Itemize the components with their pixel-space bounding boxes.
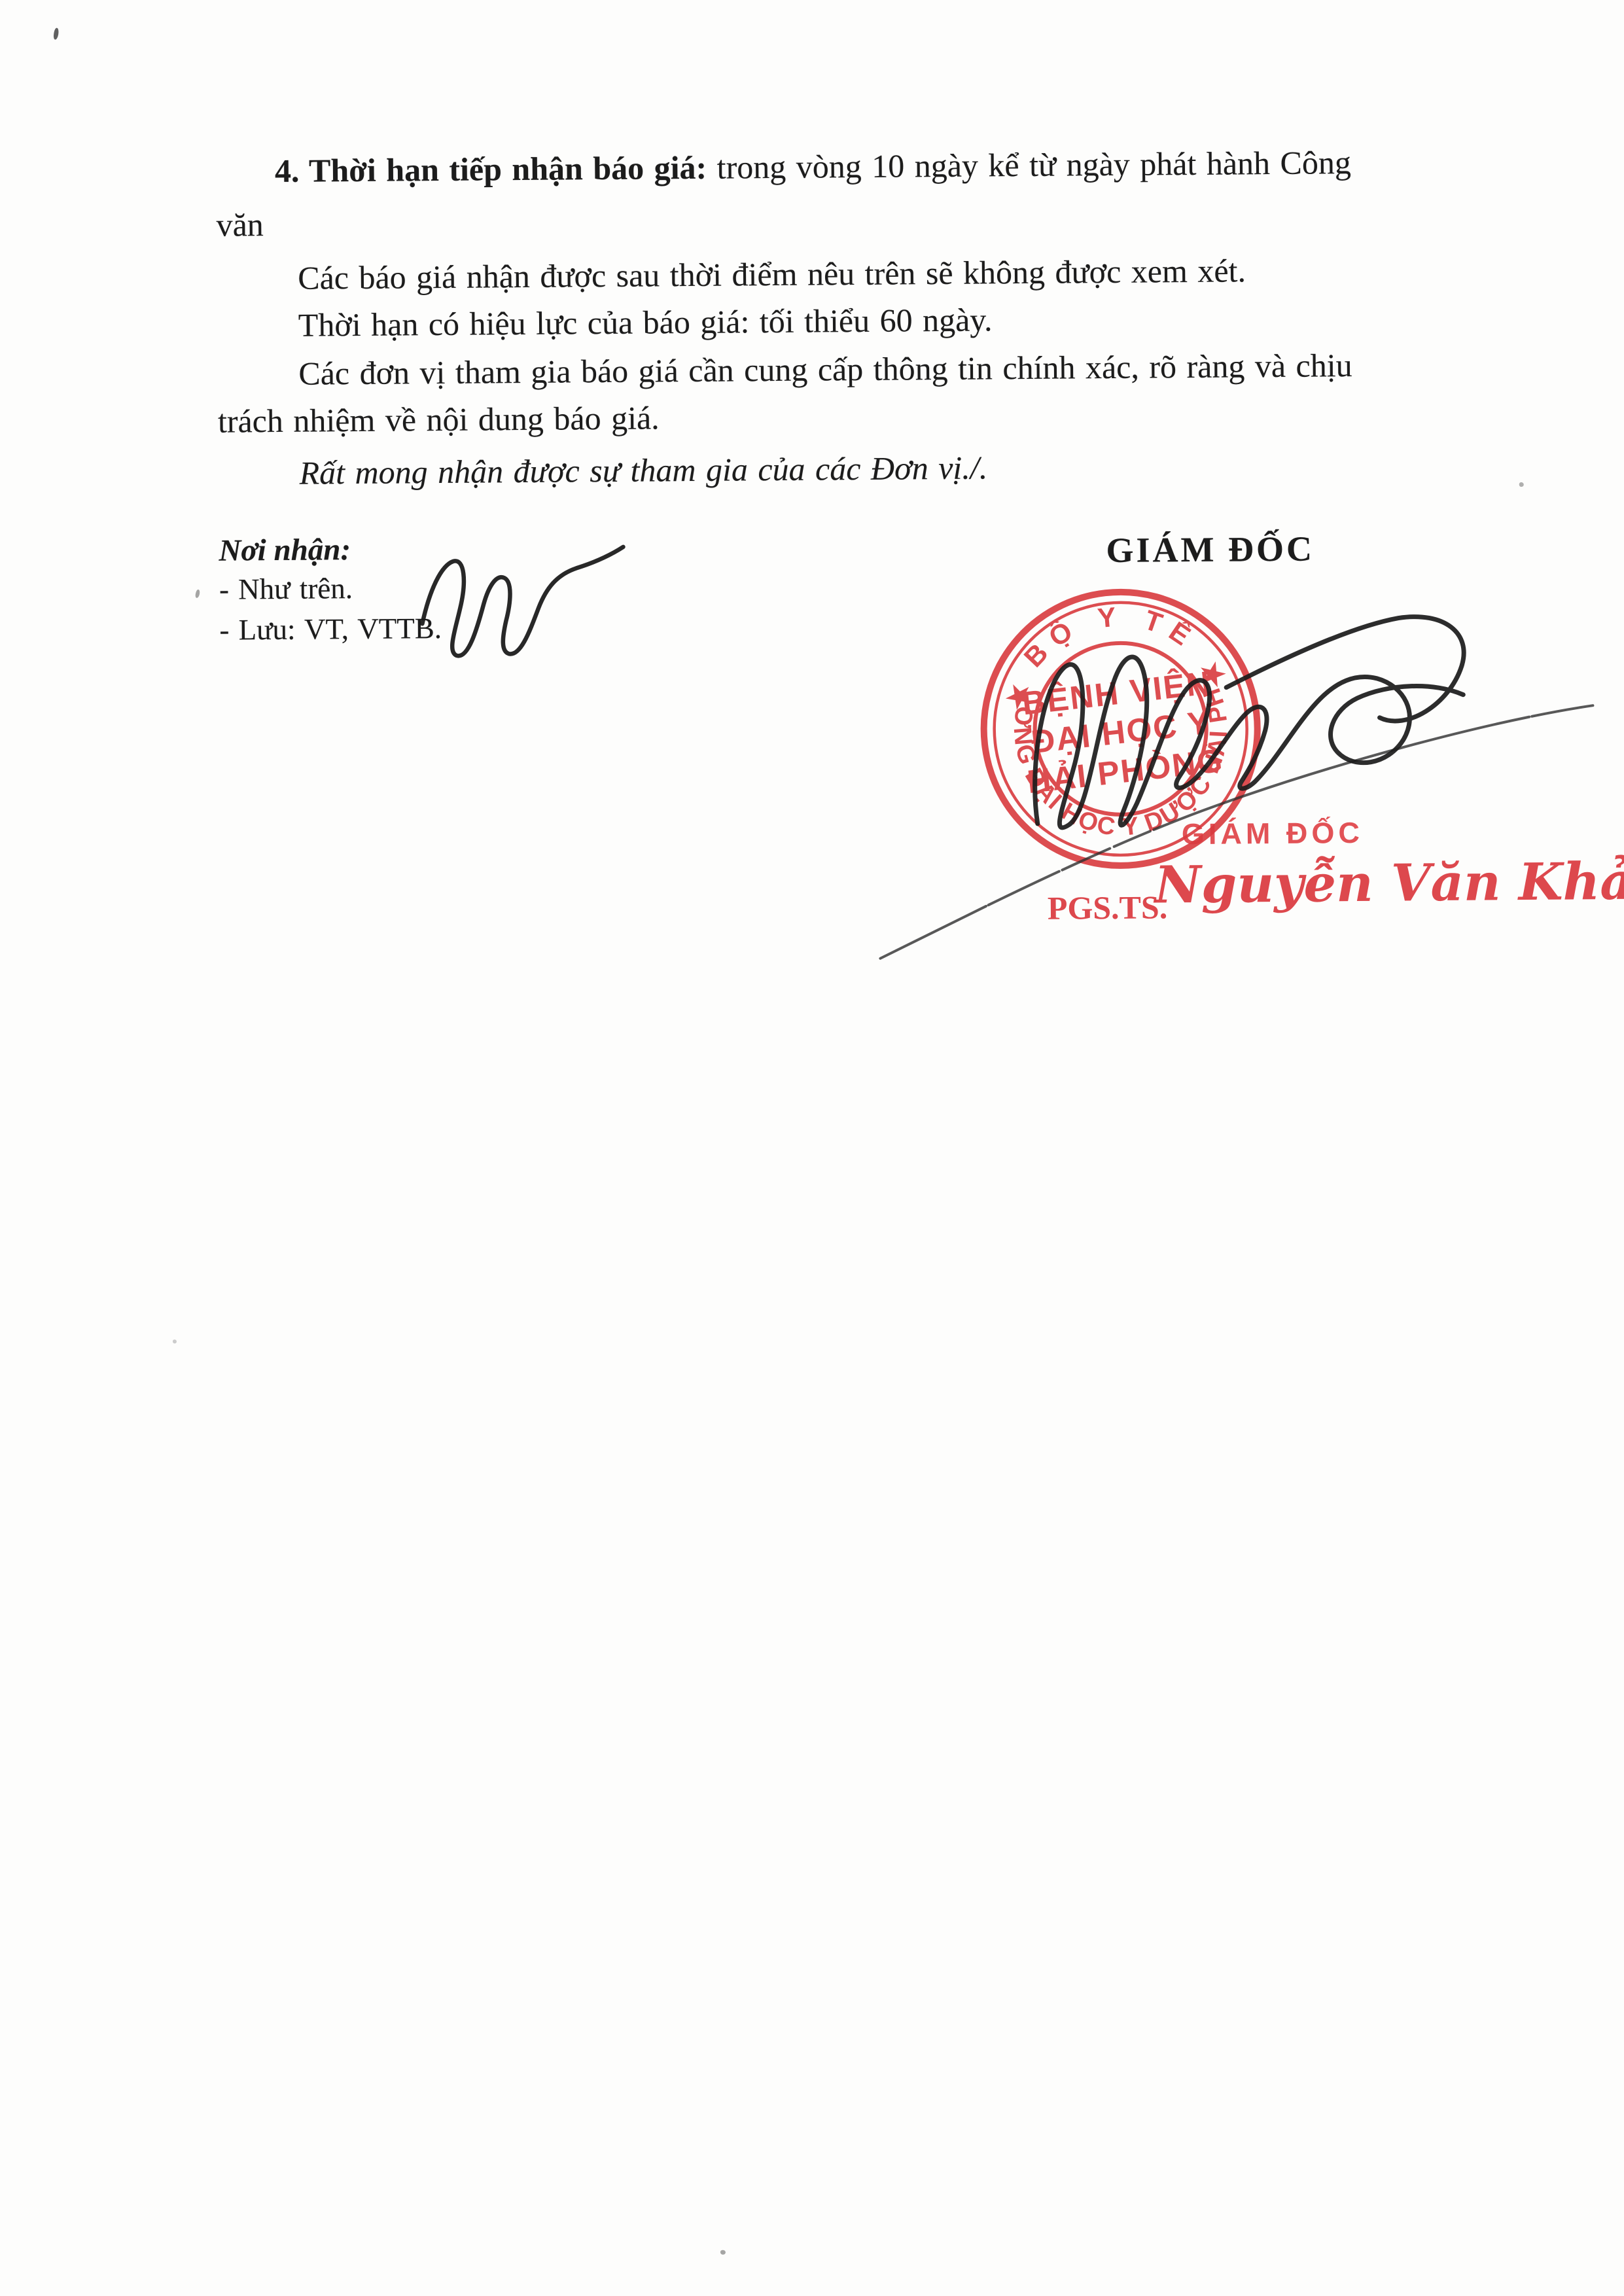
paragraph-3-line-2: trách nhiệm về nội dung báo giá. <box>218 400 660 439</box>
signer-name: Nguyễn Văn Khải <box>1154 851 1624 915</box>
director-signature <box>1034 616 1466 828</box>
initials-scribble <box>421 547 624 656</box>
scan-content: 4. Thời hạn tiếp nhận báo giá: trong vòn… <box>0 0 1624 2296</box>
director-title: GIÁM ĐỐC <box>1106 529 1315 571</box>
scan-artifact-apostrophe <box>53 27 60 40</box>
signer-prefix: PGS.TS. <box>1048 888 1168 927</box>
stamp-star-left-icon: ★ <box>999 675 1038 717</box>
stamp-top-arc-text: BỘ Y TẾ <box>1014 592 1207 675</box>
scan-artifact-dot-1 <box>1519 482 1524 487</box>
paragraph-2: Thời hạn có hiệu lực của báo giá: tối th… <box>298 302 993 343</box>
section-heading-rest: trong vòng 10 ngày kể từ ngày phát hành … <box>707 144 1351 186</box>
scan-artifact-dot-3 <box>173 1339 177 1343</box>
paragraph-3-line-1: Các đơn vị tham gia báo giá cần cung cấp… <box>298 347 1352 392</box>
scan-artifact-dot-2 <box>720 2250 726 2255</box>
stamp-inner-ring <box>1026 634 1216 824</box>
stamp-center-line-2: ĐẠI HỌC Y <box>1029 704 1212 761</box>
stamp-center-line-3: HẢI PHÒNG <box>1025 742 1226 800</box>
stamp-center-line-1: BỆNH VIỆN <box>1020 664 1213 722</box>
paragraph-line-van: văn <box>216 207 264 243</box>
recipient-item-2: - Lưu: VT, VTTB. <box>219 612 442 646</box>
ink-overlay: BỘ Y TẾ TRƯỜNG ĐẠI HỌC Y DƯỢC HẢI PHÒNG … <box>0 0 1624 2296</box>
scan-artifact-comma <box>195 589 201 598</box>
closing-line: Rất mong nhận được sự tham gia của các Đ… <box>299 450 987 491</box>
recipients-label: Nơi nhận: <box>219 532 351 569</box>
document-page: 4. Thời hạn tiếp nhận báo giá: trong vòn… <box>0 0 1624 2296</box>
section-heading: 4. Thời hạn tiếp nhận báo giá: trong vòn… <box>275 145 1351 189</box>
paragraph-1: Các báo giá nhận được sau thời điểm nêu … <box>298 253 1246 296</box>
director-title-red: GIÁM ĐỐC <box>1182 816 1364 851</box>
recipient-item-1: - Như trên. <box>219 573 353 606</box>
section-heading-bold: 4. Thời hạn tiếp nhận báo giá: <box>275 149 707 189</box>
stamp-star-right-icon: ★ <box>1195 654 1229 694</box>
